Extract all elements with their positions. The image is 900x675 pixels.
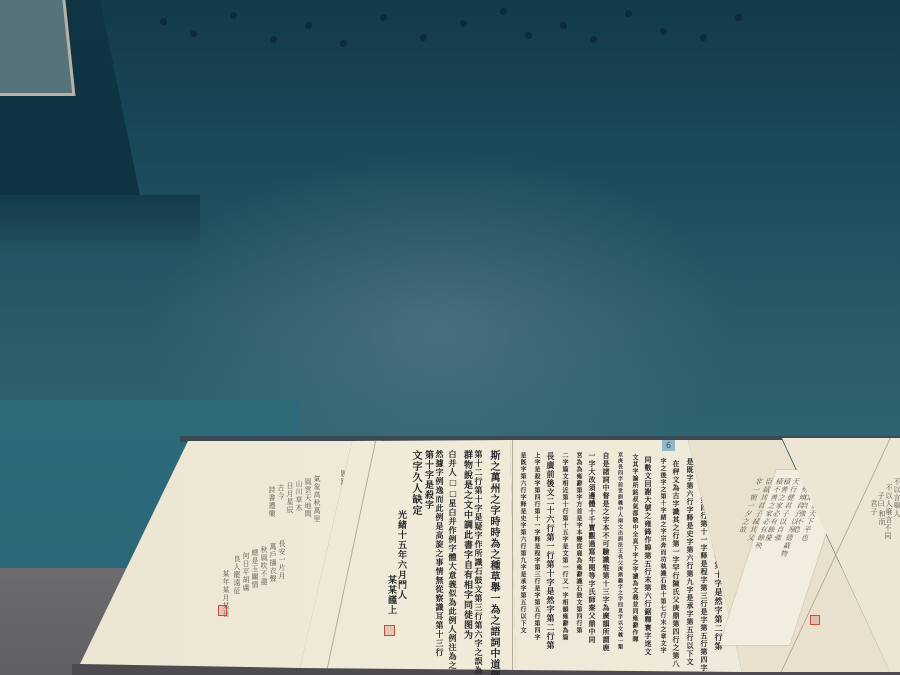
page5-col-1: 不以言舉人 (893, 478, 900, 518)
page5-col-4: 君子 (870, 500, 877, 516)
page2-date: 光緒十五年六月門人 (396, 510, 405, 600)
page1-upper-col-4: 日月星辰 (286, 482, 293, 514)
page2-col-2: 第十二行第十字是疑字作所識石鼓文第三行第六字之誤為 (475, 450, 483, 675)
page-fold (512, 440, 513, 670)
page1-lower-col-4: 總是玉關情 (251, 549, 258, 589)
page1-lower-col-6: 良人罷遠征 (233, 555, 240, 595)
page3-col-3: 是既字第六行字释是史字第六行第九字是承字第五行以下文 (687, 458, 694, 666)
item-number-tag: 6 (662, 440, 675, 451)
page3-col-6: 同數文回謝大號之雍鋒作皞第五行末第六行鋸釋寰字迷文 (645, 456, 652, 656)
red-seal-page4 (810, 615, 820, 625)
page2-col-3: 群物說是之文中調此書字自有相字同徒图为 (462, 450, 471, 640)
page3-col-11: 宮為為雍辭第字方首是字本變從鹿為雍辭識石鼓文第四行第 (575, 452, 581, 634)
page2-col-4: 白并人□□星白并作例字體大意義似為此例人例注為之 (449, 450, 457, 670)
page1-lower-col-2: 萬戶擣衣聲 (269, 543, 276, 583)
page2-col-1: 斯之萬州之字時時為之種草舉一為之語詞中道例 (488, 450, 498, 675)
page3-col-5: 字之後字之第十字緒之字宗奔而功執識石鼓十第七行末之章文字 (659, 458, 665, 654)
page2-signature: 某某謹上 (386, 575, 395, 615)
page5-col-2: 不以人廢言 (885, 484, 892, 524)
page1-lower-col-5: 何日平胡虜 (242, 552, 249, 592)
page5-col-3: 子曰 (877, 492, 884, 508)
page3-col-10: 一字大改須邊體十千寳觀過寫年閱等字氏師秦父鼎中同 (589, 452, 596, 644)
page3-col-8: 京庚長四字前世訓義中人兩文出訓法王長父庚鼎鍚字之字回見字以文義一類 (617, 452, 622, 650)
page1-upper-col-5: 古今 (277, 484, 284, 500)
page1-lower-col-3: 秋風吹不盡 (260, 546, 267, 586)
red-seal-page1 (218, 605, 227, 616)
page1-upper-col-2: 風雲天地間 (304, 478, 311, 518)
page3-col-9: 自是諸詞中督是之字本不可驗識惟第十三字為廣韻所謂鹿 (603, 452, 610, 652)
page3-col-12: 二字篇文相近第十行第十五字是文第一行又一字相韻雍辭為篇 (561, 452, 567, 641)
page2-col-5: 然據字例逸而此例是高旋之事情無從察識耳第十三行 (436, 450, 444, 657)
red-seal-page2 (384, 625, 395, 636)
page3-col-7: 文其字論所銘叔氣都敬中全真下字之字讀為文義並同雍辭作暉 (631, 454, 637, 643)
calligraphy-album: 題跋舊藏 氣象高秋萬里 風雲天地間 山川草木 日月星辰 古今 詩書禮樂 長安一片… (0, 0, 900, 675)
page3-col-15: 是既字第六行字释是史字第六行第九字是承字第五行以下文 (519, 452, 525, 634)
page1-upper-col-6: 詩書禮樂 (268, 486, 275, 518)
page2-col-6: 第十字是殺字 (423, 450, 432, 510)
page3-col-13: 長廣前後文二十六行第一行第十字是然字第二行第 (547, 452, 555, 650)
page1-upper-col-3: 山川草木 (295, 480, 302, 512)
page5-col-6: 不同 (884, 524, 891, 540)
page1-upper-col-1: 氣象高秋萬里 (313, 475, 320, 523)
page3-col-14: 上字是殺字第四行第十一字释是程字第三行是字第五行第四字 (533, 452, 539, 641)
page1-lower-col-1: 長安一片月 (278, 540, 285, 580)
page2-col-7: 文字久人缺定 (410, 450, 420, 516)
page3-col-4: 在秤文為古字識其之行第一字罕行陳氏父庚鼎第四行之第八 (673, 460, 680, 668)
